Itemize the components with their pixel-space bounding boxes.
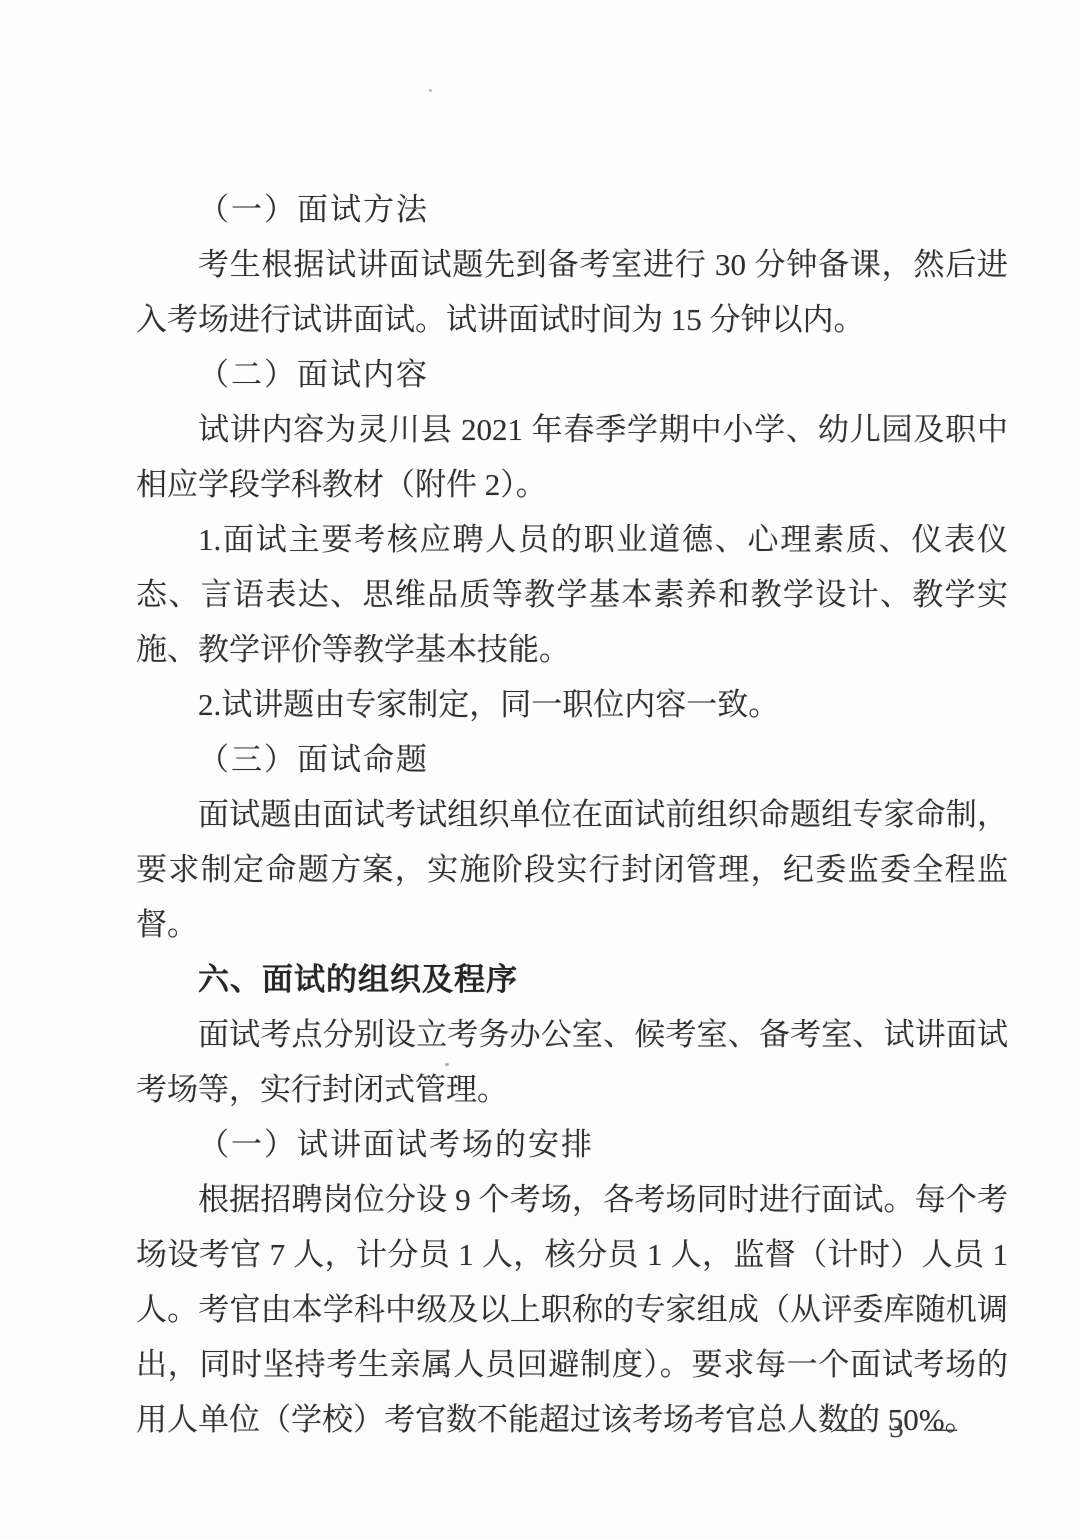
paragraph-body-7: 面试题由面试考试组织单位在面试前组织命题组专家命制，要求制定命题方案，实施阶段实… — [136, 787, 1008, 952]
paragraph-subheading-6: （三）面试命题 — [136, 732, 1008, 787]
paragraph-subheading-2: （二）面试内容 — [136, 347, 1008, 402]
scan-speck-icon — [445, 1063, 449, 1066]
paragraph-body-5: 2.试讲题由专家制定，同一职位内容一致。 — [136, 677, 1008, 732]
paragraph-body-3: 试讲内容为灵川县 2021 年春季学期中小学、幼儿园及职中相应学段学科教材（附件… — [136, 402, 1008, 512]
document-content: （一）面试方法考生根据试讲面试题先到备考室进行 30 分钟备课，然后进入考场进行… — [136, 182, 1008, 1447]
scan-speck-icon — [429, 89, 432, 92]
paragraph-subheading-10: （一）试讲面试考场的安排 — [136, 1117, 1008, 1172]
paragraph-body-9: 面试考点分别设立考务办公室、候考室、备考室、试讲面试考场等，实行封闭式管理。 — [136, 1007, 1008, 1117]
page-number: — 3 — — [836, 1410, 958, 1446]
paragraph-body-1: 考生根据试讲面试题先到备考室进行 30 分钟备课，然后进入考场进行试讲面试。试讲… — [136, 237, 1008, 347]
document-page: （一）面试方法考生根据试讲面试题先到备考室进行 30 分钟备课，然后进入考场进行… — [0, 0, 1080, 1539]
paragraph-subheading-0: （一）面试方法 — [136, 182, 1008, 237]
paragraph-body-11: 根据招聘岗位分设 9 个考场，各考场同时进行面试。每个考场设考官 7 人，计分员… — [136, 1172, 1008, 1447]
paragraph-heading-8: 六、面试的组织及程序 — [136, 952, 1008, 1007]
paragraph-body-4: 1.面试主要考核应聘人员的职业道德、心理素质、仪表仪态、言语表达、思维品质等教学… — [136, 512, 1008, 677]
